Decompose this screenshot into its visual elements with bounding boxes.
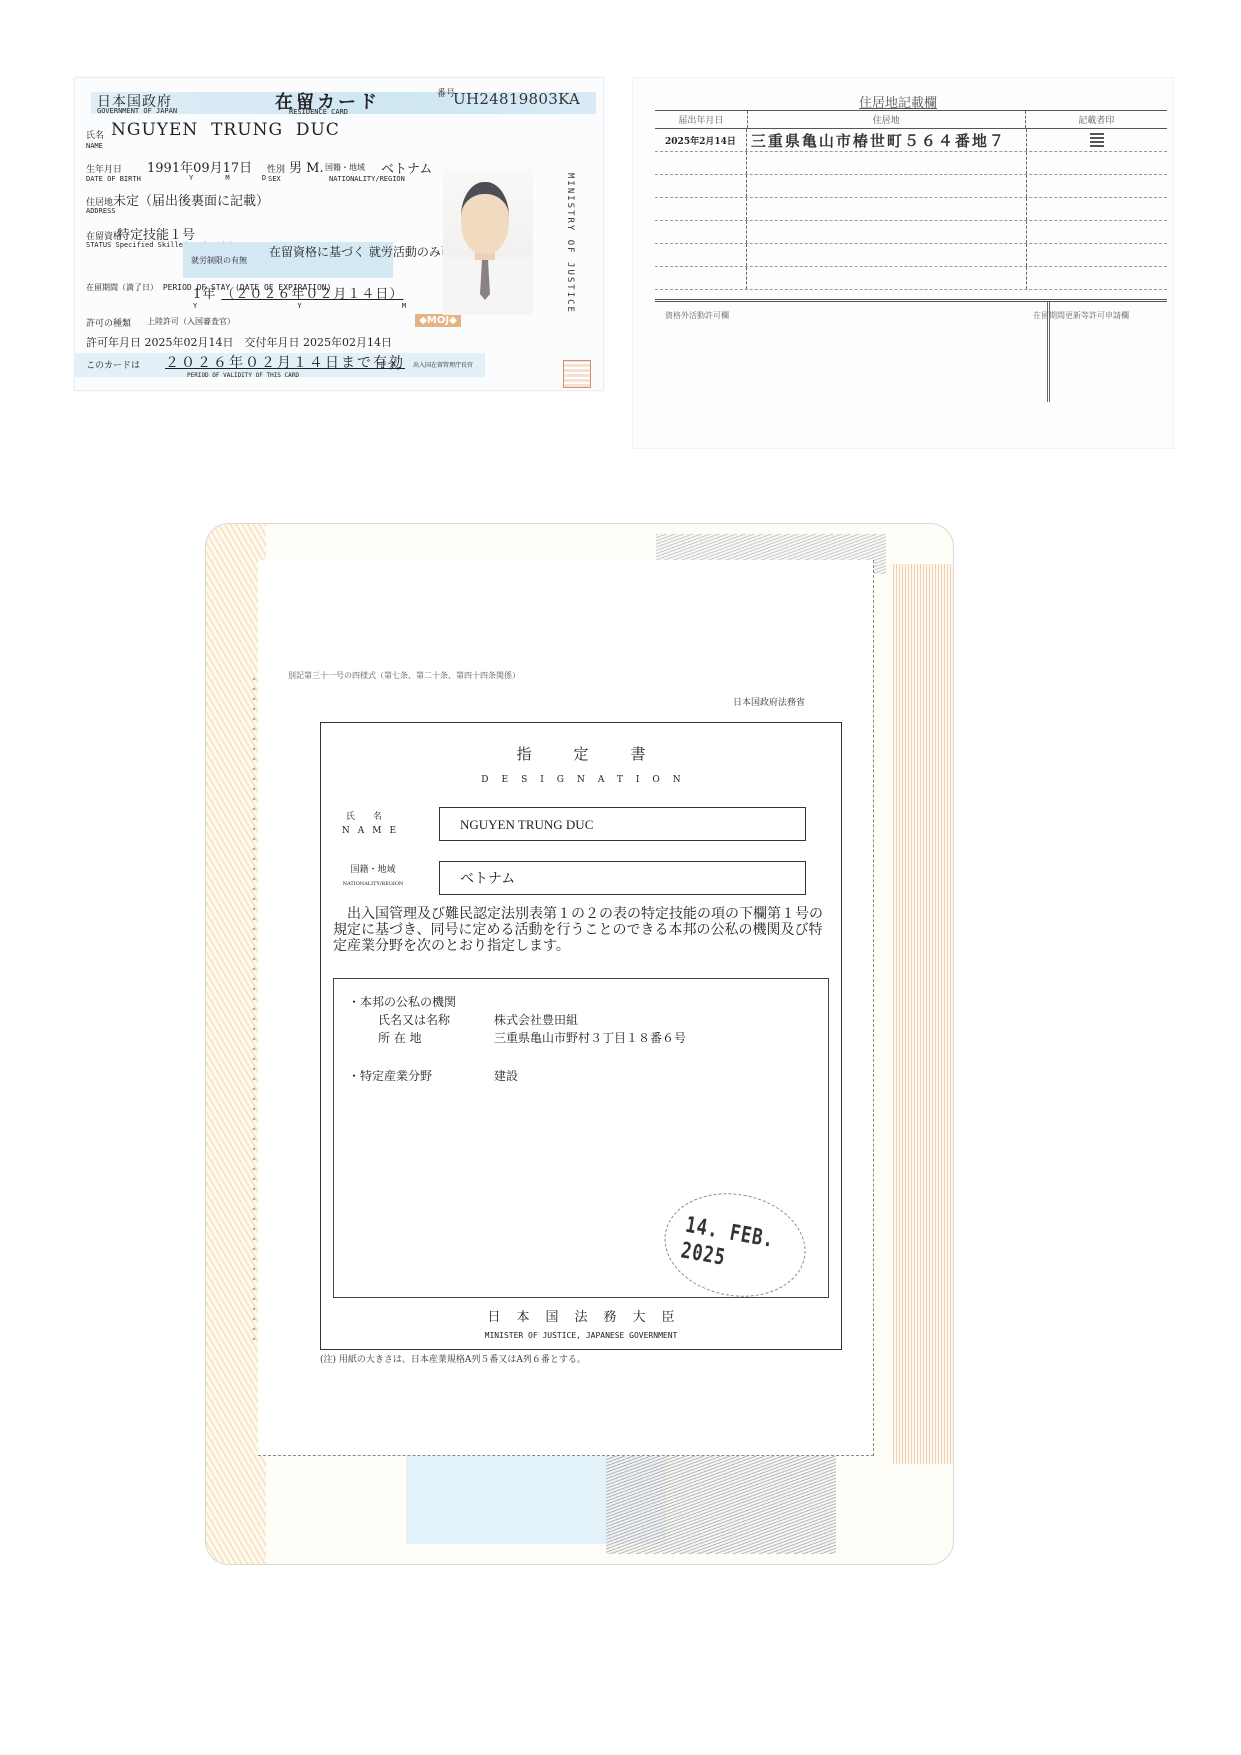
table-row <box>655 152 1167 175</box>
issuing-ministry: 日本国政府法務省 <box>733 695 805 708</box>
dob-label: 生年月日 <box>86 162 122 175</box>
designation-title-en: DESIGNATION <box>321 775 841 785</box>
sex-label-en: SEX <box>268 175 281 183</box>
name-label-jp: 氏名 <box>333 810 413 824</box>
address-label-en: ADDRESS <box>86 207 116 215</box>
table-row: 2025年2月14日 三重県亀山市椿世町５６４番地７ <box>655 129 1167 152</box>
row-stamp <box>1026 175 1167 197</box>
permission-sections: 資格外活動許可欄 在留期間更新等許可申請欄 <box>655 299 1167 302</box>
row-stamp <box>1026 244 1167 266</box>
row-address <box>746 221 1026 243</box>
moj-logo: ◆MOJ◆ <box>415 314 461 327</box>
signatory-jp: 日本国法務大臣 <box>321 1306 841 1325</box>
row-address: 三重県亀山市椿世町５６４番地７ <box>746 129 1026 151</box>
table-row <box>655 175 1167 198</box>
work-restriction-label: 就労制限の有無 <box>191 255 247 266</box>
designation-statement: 出入国管理及び難民認定法別表第１の２の表の特定技能の項の下欄第１号の規定に基づき… <box>333 906 829 954</box>
table-row <box>655 244 1167 267</box>
name-label-en: NAME <box>333 824 413 838</box>
validity-label: このカードは <box>86 358 140 371</box>
validity-suffix: です。 <box>377 357 406 372</box>
sex-label: 性別 <box>267 162 285 175</box>
permit-issue-dates: 許可年月日 2025年02月14日 交付年月日 2025年02月14日 <box>86 334 392 350</box>
renewal-application-label: 在留期間更新等許可申請欄 <box>1033 310 1129 321</box>
name-field: NGUYEN TRUNG DUC <box>439 807 806 841</box>
org-heading: ・本邦の公私の機関 <box>348 993 456 1010</box>
government-en: GOVERNMENT OF JAPAN <box>97 107 177 115</box>
col-address: 住居地 <box>747 111 1025 128</box>
dob-label-en: DATE OF BIRTH <box>86 175 141 183</box>
address-value: 未定（届出後裏面に記載） <box>113 190 269 209</box>
table-row <box>655 267 1167 290</box>
holder-photo <box>443 170 533 315</box>
row-stamp <box>1026 198 1167 220</box>
row-date <box>655 198 746 220</box>
col-date: 届出年月日 <box>655 111 747 128</box>
card-number: UH24819803KA <box>453 90 580 108</box>
row-address <box>746 267 1026 289</box>
signatory-en: MINISTER OF JUSTICE, JAPANESE GOVERNMENT <box>321 1331 841 1340</box>
permit-type-label: 許可の種類 <box>86 316 131 329</box>
city-seal-icon <box>1090 133 1104 147</box>
residence-card-front: 日本国政府 GOVERNMENT OF JAPAN 在留カード RESIDENC… <box>74 77 604 391</box>
row-address <box>746 152 1026 174</box>
row-date <box>655 244 746 266</box>
row-address <box>746 244 1026 266</box>
permit-type-value: 上陸許可（入国審査官） <box>147 316 235 327</box>
validity-label-en: PERIOD OF VALIDITY OF THIS CARD <box>187 372 299 379</box>
photo-face <box>461 182 509 254</box>
period-of-stay: 1年 （２０２６年０２月１４日） <box>193 283 403 302</box>
field-label: ・特定産業分野 <box>348 1067 432 1084</box>
residence-card-back: 住居地記載欄 届出年月日 住居地 記載者印 2025年2月14日 三重県亀山市椿… <box>632 77 1174 449</box>
work-restriction-value: 在留資格に基づく 就労活動のみ可 <box>269 246 453 259</box>
address-table-header: 届出年月日 住居地 記載者印 <box>655 111 1167 129</box>
period-length: 1年 <box>193 287 216 302</box>
row-date <box>655 175 746 197</box>
row-address <box>746 175 1026 197</box>
extra-activity-permit-label: 資格外活動許可欄 <box>665 310 729 321</box>
address-section-title: 住居地記載欄 <box>859 92 937 111</box>
table-row <box>655 198 1167 221</box>
form-reference: 別記第三十一号の四様式（第七条、第二十条、第四十四条関係） <box>288 670 520 681</box>
org-name-label: 氏名又は名称 <box>378 1011 450 1028</box>
designated-organization-box: ・本邦の公私の機関 氏名又は名称 株式会社豊田組 所 在 地 三重県亀山市野村３… <box>333 978 829 1298</box>
designation-title-jp: 指定書 <box>321 743 841 764</box>
official-seal-icon <box>563 360 591 388</box>
sex-value: 男 M. <box>289 157 324 176</box>
designation-box: 指定書 DESIGNATION 氏名 NAME NGUYEN TRUNG DUC… <box>320 722 842 1350</box>
card-title-en: RESIDENCE CARD <box>289 108 348 116</box>
name-label-en: NAME <box>86 142 103 150</box>
row-stamp <box>1026 267 1167 289</box>
org-address: 三重県亀山市野村３丁目１８番６号 <box>494 1029 686 1046</box>
row-address <box>746 198 1026 220</box>
nationality-label-en: NATIONALITY/REGION <box>329 175 405 183</box>
row-stamp <box>1026 221 1167 243</box>
address-table: 届出年月日 住居地 記載者印 2025年2月14日 三重県亀山市椿世町５６４番地… <box>655 110 1167 290</box>
row-stamp <box>1026 129 1167 151</box>
ministry-vertical-text: MINISTRY OF JUSTICE <box>565 173 575 314</box>
designation-sheet: 別記第三十一号の四様式（第七条、第二十条、第四十四条関係） 日本国政府法務省 指… <box>258 560 874 1456</box>
dob-ymd-hint: Y M D <box>189 174 280 182</box>
name-label: 氏名 <box>86 128 104 141</box>
row-date <box>655 221 746 243</box>
org-name: 株式会社豊田組 <box>494 1011 578 1028</box>
org-address-label: 所 在 地 <box>378 1029 422 1046</box>
issuer: 出入国在留管理庁長官 <box>413 360 473 369</box>
passport-right-pattern <box>893 564 953 1464</box>
holder-name: NGUYEN TRUNG DUC <box>111 120 340 140</box>
row-date <box>655 152 746 174</box>
validity-value: ２０２６年０２月１４日まで有効 <box>165 352 405 372</box>
nationality-label: 国籍・地域 NATIONALITY/REGION <box>333 863 413 891</box>
row-date: 2025年2月14日 <box>655 129 746 151</box>
stamp-date: 14. FEB. 2025 <box>679 1212 808 1284</box>
col-stamp: 記載者印 <box>1025 111 1167 128</box>
row-date <box>655 267 746 289</box>
name-label: 氏名 NAME <box>333 810 413 838</box>
field-value: 建設 <box>494 1067 518 1084</box>
period-expiry: （２０２６年０２月１４日） <box>221 287 403 302</box>
nationality-label-en: NATIONALITY/REGION <box>333 877 413 891</box>
immigration-date-stamp: 14. FEB. 2025 <box>656 1182 814 1307</box>
nationality-label-jp: 国籍・地域 <box>333 863 413 877</box>
paper-size-note: (注) 用紙の大きさは、日本産業規格A列５番又はA列６番とする。 <box>320 1352 586 1365</box>
nationality-field: ベトナム <box>439 861 806 895</box>
row-stamp <box>1026 152 1167 174</box>
nationality-label: 国籍・地域 <box>325 162 365 173</box>
table-row <box>655 221 1167 244</box>
